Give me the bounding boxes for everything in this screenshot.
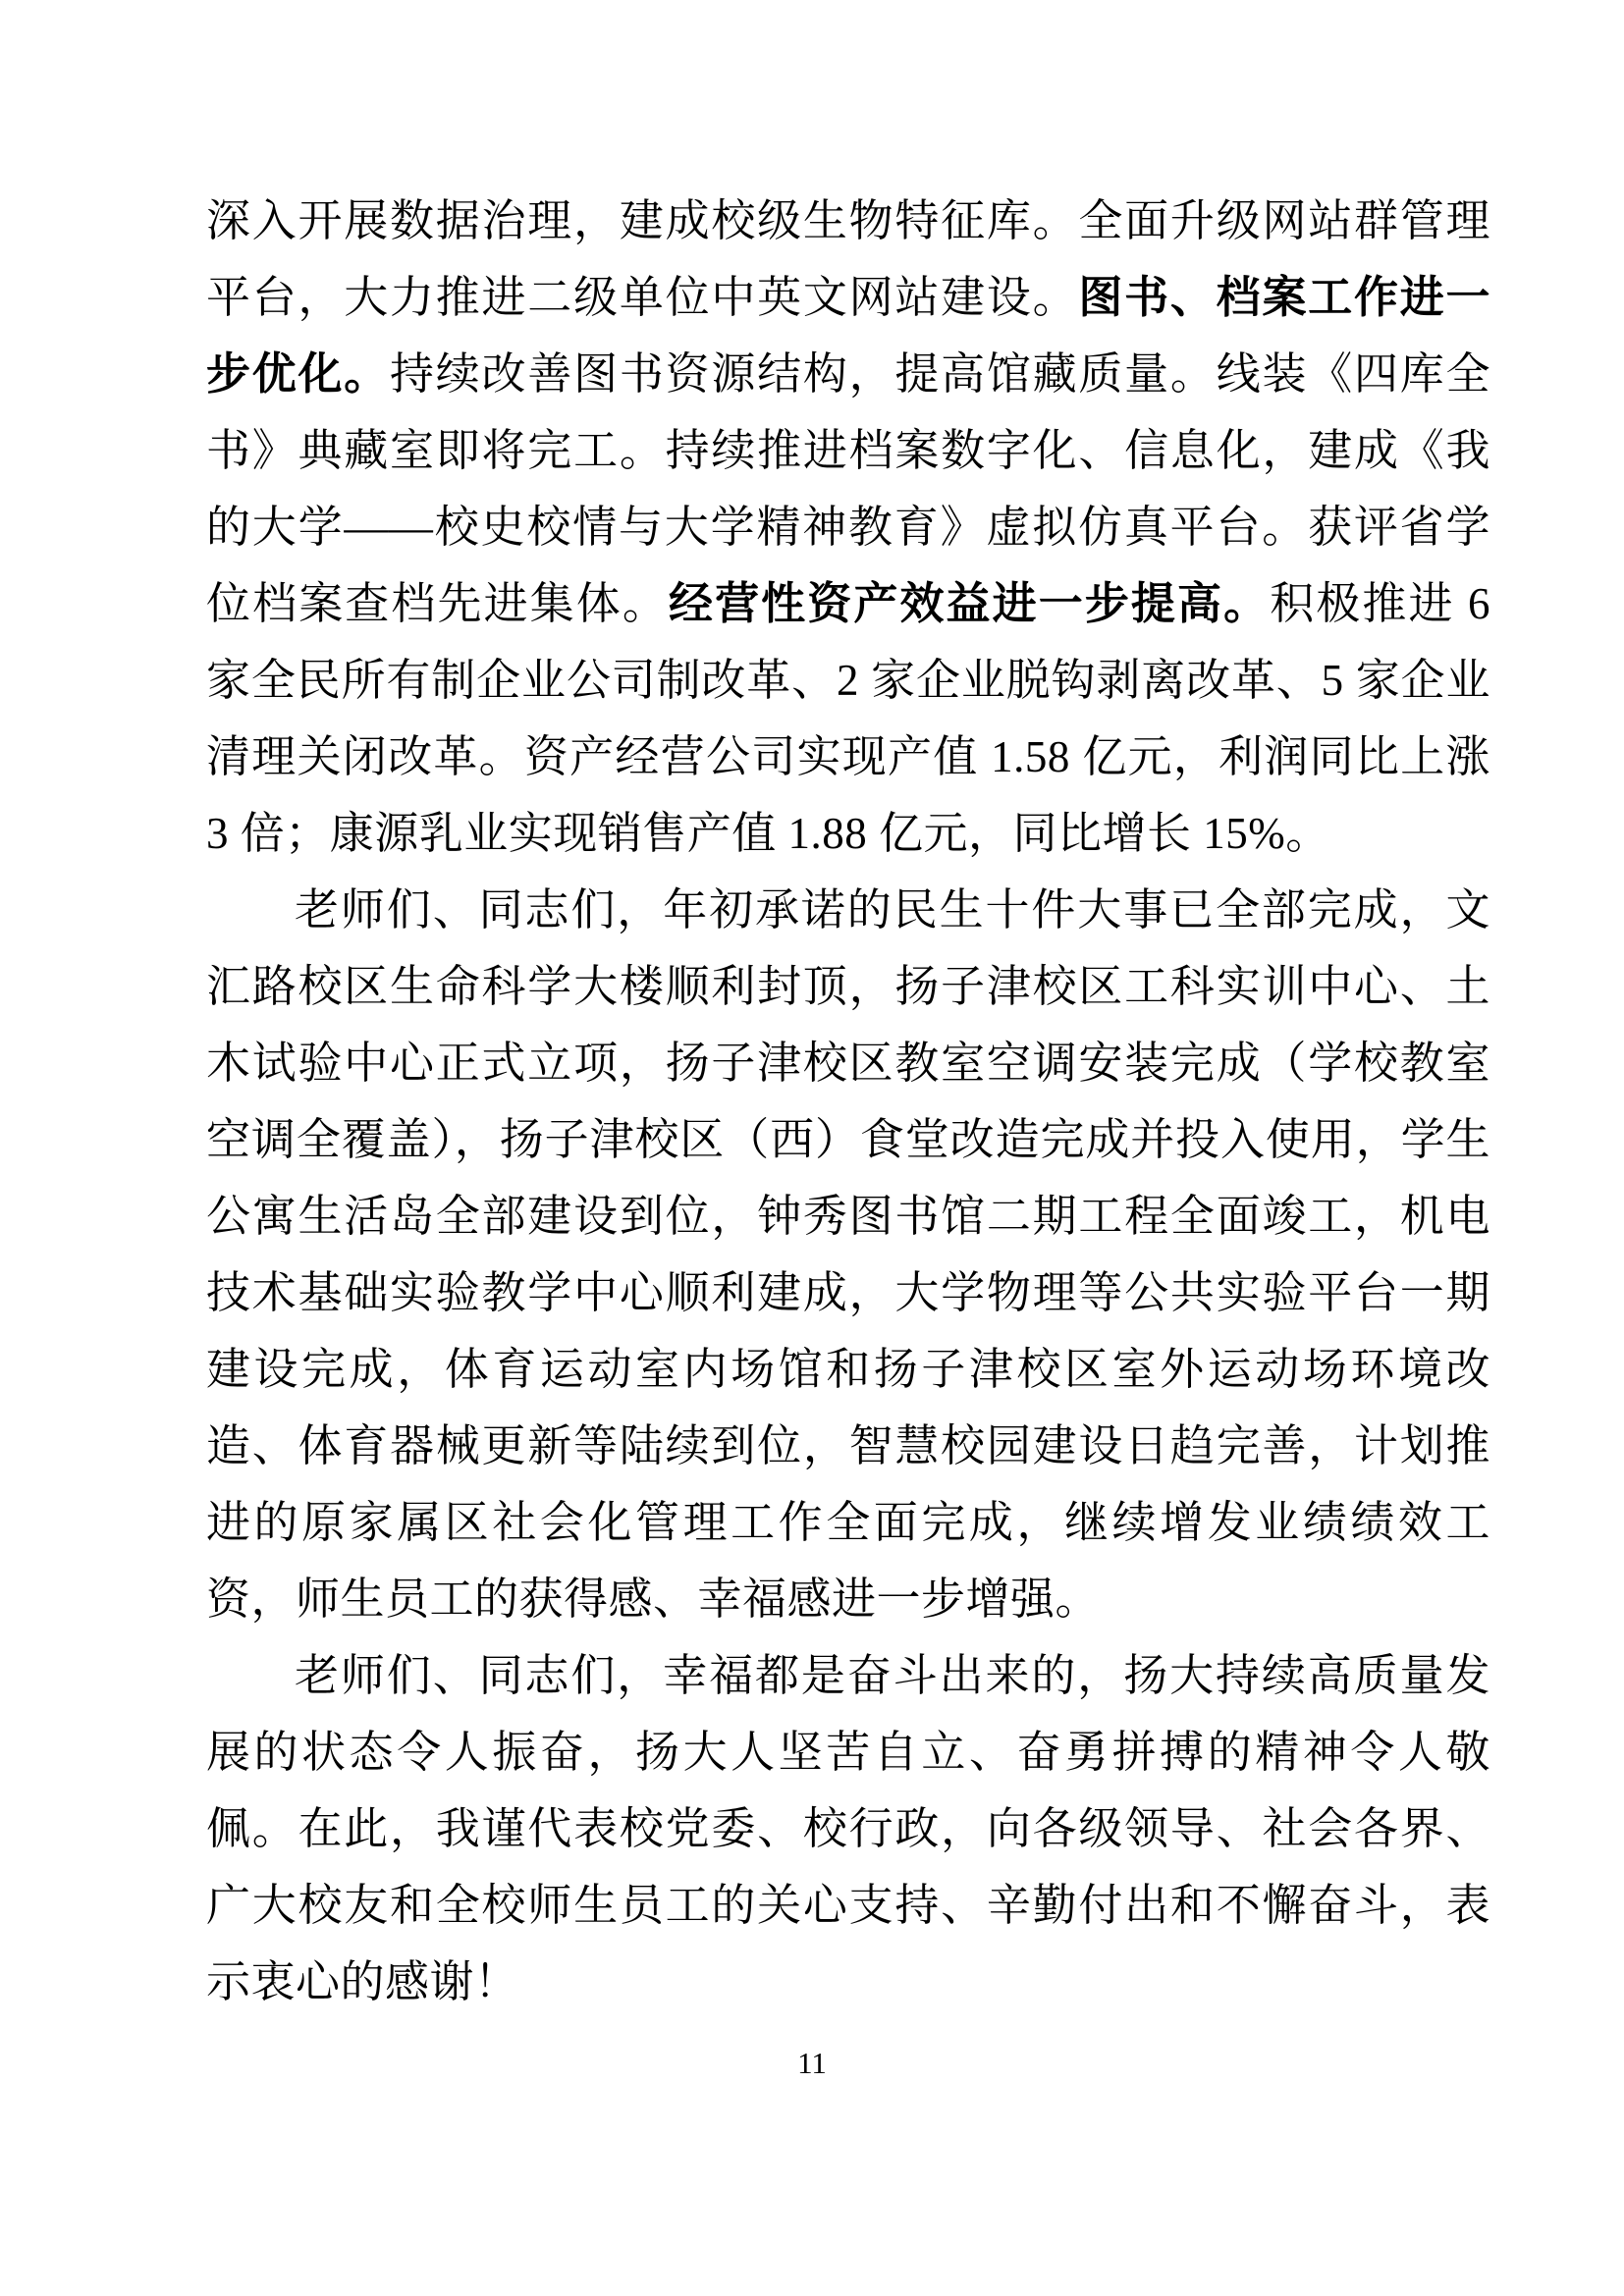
bold-text-run: 经营性资产效益进一步提高。 [669,579,1270,628]
document-text-block: 深入开展数据治理，建成校级生物特征库。全面升级网站群管理平台，大力推进二级单位中… [206,183,1490,2020]
text-run: 老师们、同志们，年初承诺的民生十件大事已全部完成，文汇路校区生命科学大楼顺利封顶… [206,885,1490,1624]
text-run: 老师们、同志们，幸福都是奋斗出来的，扬大持续高质量发展的状态令人振奋，扬大人坚苦… [206,1651,1490,2006]
paragraph: 深入开展数据治理，建成校级生物特征库。全面升级网站群管理平台，大力推进二级单位中… [206,183,1490,872]
paragraph: 老师们、同志们，幸福都是奋斗出来的，扬大持续高质量发展的状态令人振奋，扬大人坚苦… [206,1637,1490,2020]
document-page: 深入开展数据治理，建成校级生物特征库。全面升级网站群管理平台，大力推进二级单位中… [0,0,1624,2296]
paragraph: 老师们、同志们，年初承诺的民生十件大事已全部完成，文汇路校区生命科学大楼顺利封顶… [206,872,1490,1637]
page-number: 11 [0,2044,1624,2083]
